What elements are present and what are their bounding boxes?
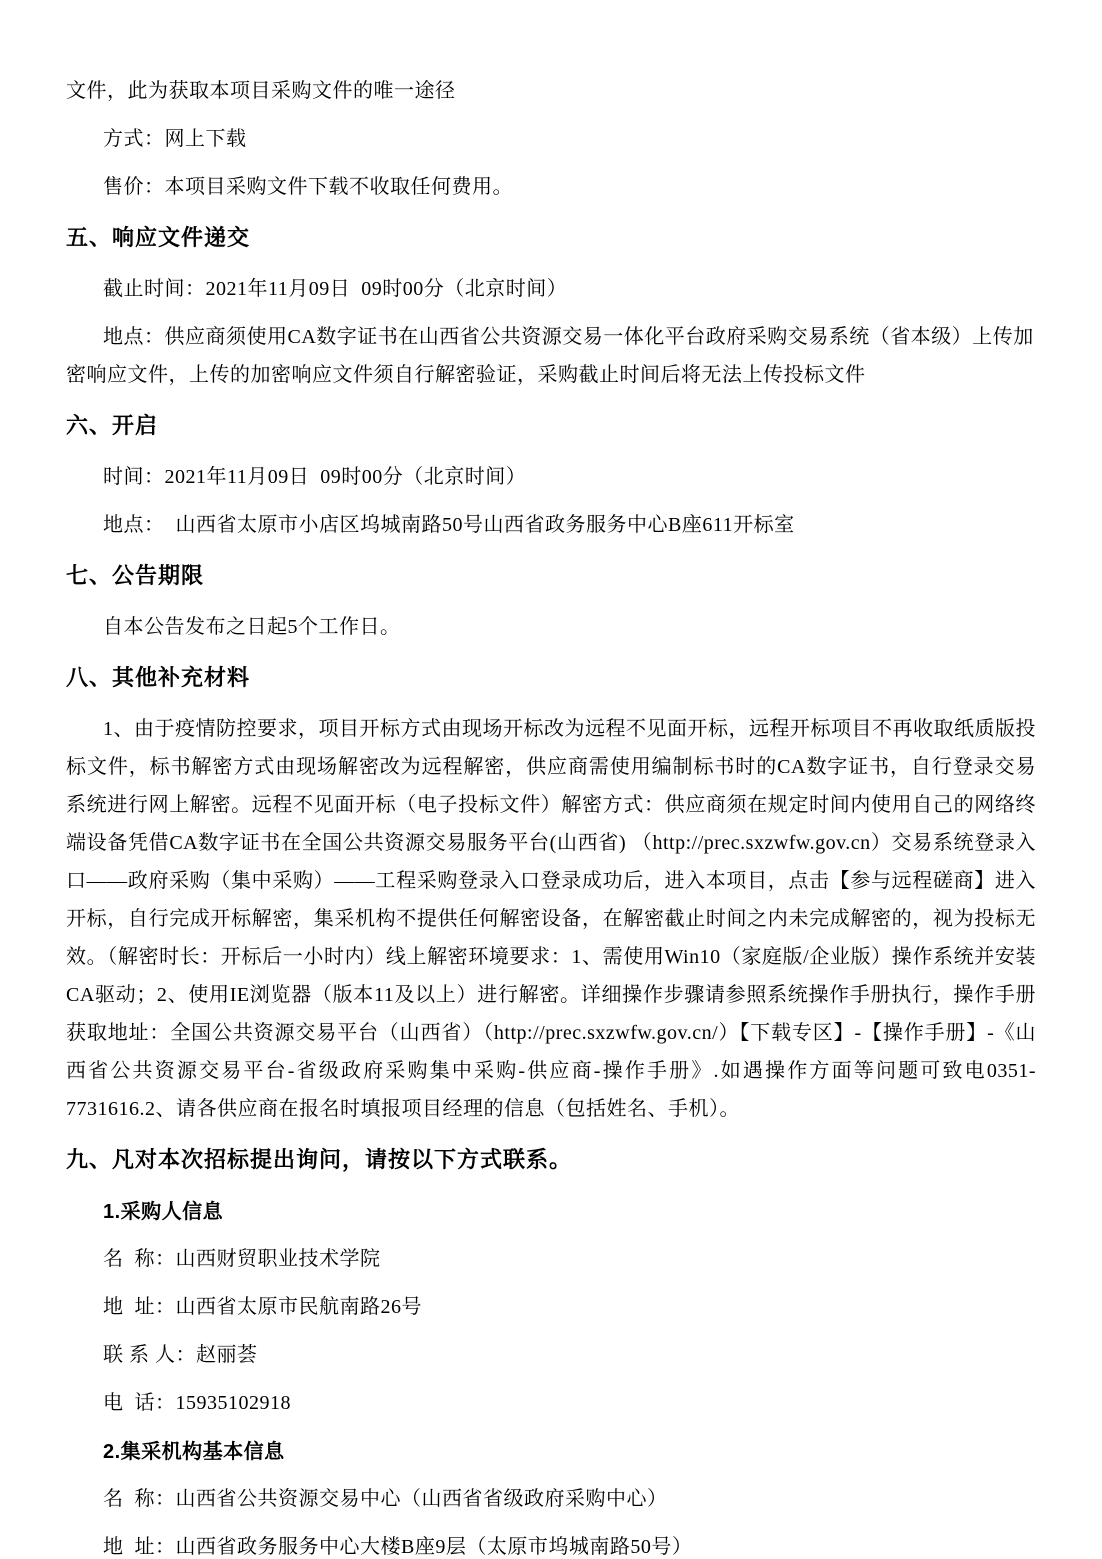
download-method-line: 方式：网上下载	[66, 120, 1036, 158]
section-8-heading: 八、其他补充材料	[66, 656, 1036, 700]
document-page: 文件，此为获取本项目采购文件的唯一途径 方式：网上下载 售价：本项目采购文件下载…	[0, 0, 1102, 1559]
section-5-heading: 五、响应文件递交	[66, 216, 1036, 260]
agency-address: 地 址：山西省政务服务中心大楼B座9层（太原市坞城南路50号）	[66, 1528, 1036, 1559]
purchaser-phone: 电 话：15935102918	[66, 1384, 1036, 1422]
section-9-heading: 九、凡对本次招标提出询问，请按以下方式联系。	[66, 1138, 1036, 1182]
section-7-heading: 七、公告期限	[66, 554, 1036, 598]
section-6-location: 地点： 山西省太原市小店区坞城南路50号山西省政务服务中心B座611开标室	[66, 506, 1036, 544]
agency-info-title: 2.集采机构基本信息	[66, 1432, 1036, 1472]
purchaser-contact: 联 系 人：赵丽荟	[66, 1336, 1036, 1374]
purchaser-info-title: 1.采购人信息	[66, 1192, 1036, 1232]
section-6-time: 时间：2021年11月09日 09时00分（北京时间）	[66, 458, 1036, 496]
intro-continuation-line: 文件，此为获取本项目采购文件的唯一途径	[66, 72, 1036, 110]
section-8-supplement-text: 1、由于疫情防控要求，项目开标方式由现场开标改为远程不见面开标，远程开标项目不再…	[66, 710, 1036, 1128]
section-7-period: 自本公告发布之日起5个工作日。	[66, 608, 1036, 646]
section-5-deadline: 截止时间：2021年11月09日 09时00分（北京时间）	[66, 270, 1036, 308]
agency-name: 名 称：山西省公共资源交易中心（山西省省级政府采购中心）	[66, 1480, 1036, 1518]
section-5-location: 地点：供应商须使用CA数字证书在山西省公共资源交易一体化平台政府采购交易系统（省…	[66, 318, 1036, 394]
purchaser-name: 名 称：山西财贸职业技术学院	[66, 1240, 1036, 1278]
purchaser-address: 地 址：山西省太原市民航南路26号	[66, 1288, 1036, 1326]
section-6-heading: 六、开启	[66, 404, 1036, 448]
price-line: 售价：本项目采购文件下载不收取任何费用。	[66, 168, 1036, 206]
